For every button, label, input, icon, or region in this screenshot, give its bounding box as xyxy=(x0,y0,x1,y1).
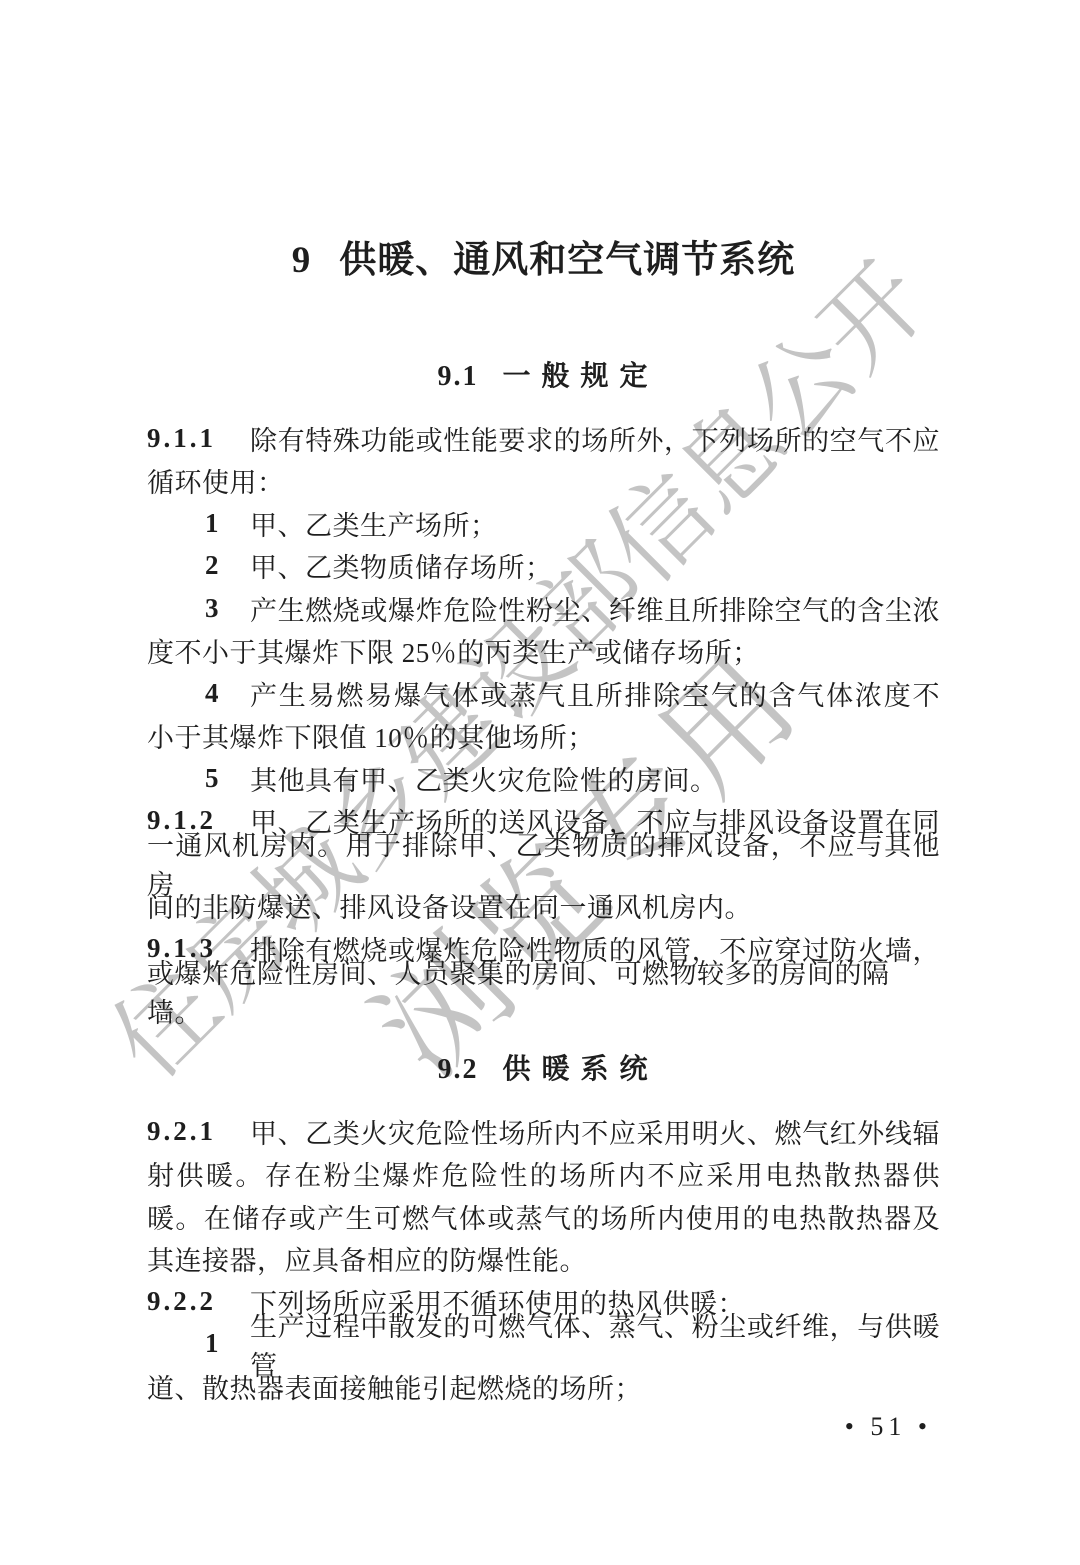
line-text: 或爆炸危险性房间、人员聚集的房间、可燃物较多的房间的隔墙。 xyxy=(147,952,940,1030)
text-line: 其连接器，应具备相应的防爆性能。 xyxy=(147,1238,940,1281)
page-content: 9供暖、通风和空气调节系统9.1一 般 规 定9.1.1除有特殊功能或性能要求的… xyxy=(147,0,940,1408)
line-text: 甲、乙类火灾危险性场所内不应采用明火、燃气红外线辐 xyxy=(250,1112,940,1151)
text-line: 小于其爆炸下限值 10％的其他场所； xyxy=(147,715,940,758)
line-text: 其他具有甲、乙类火灾危险性的房间。 xyxy=(250,759,940,798)
text-line: 1生产过程中散发的可燃气体、蒸气、粉尘或纤维，与供暖管 xyxy=(147,1323,940,1366)
text-line: 1甲、乙类生产场所； xyxy=(147,502,940,545)
line-text: 射供暖。存在粉尘爆炸危险性的场所内不应采用电热散热器供 xyxy=(147,1154,940,1193)
text-line: 4产生易燃易爆气体或蒸气且所排除空气的含气体浓度不 xyxy=(147,672,940,715)
section-heading: 9.2供 暖 系 统 xyxy=(147,1053,940,1087)
chapter-title: 9供暖、通风和空气调节系统 xyxy=(147,238,940,284)
clause-number: 9.1.1 xyxy=(147,423,250,454)
line-text: 除有特殊功能或性能要求的场所外，下列场所的空气不应 xyxy=(250,419,940,458)
text-line: 9.1.1除有特殊功能或性能要求的场所外，下列场所的空气不应 xyxy=(147,417,940,460)
text-line: 循环使用： xyxy=(147,460,940,503)
text-line: 间的非防爆送、排风设备设置在同一通风机房内。 xyxy=(147,885,940,928)
section-number: 9.2 xyxy=(437,1054,478,1085)
text-line: 9.2.1甲、乙类火灾危险性场所内不应采用明火、燃气红外线辐 xyxy=(147,1110,940,1153)
line-text: 小于其爆炸下限值 10％的其他场所； xyxy=(147,716,940,755)
list-item-number: 1 xyxy=(205,508,250,539)
text-line: 2甲、乙类物质储存场所； xyxy=(147,545,940,588)
list-item-number: 2 xyxy=(205,550,250,581)
chapter-number: 9 xyxy=(292,240,312,281)
text-line: 5其他具有甲、乙类火灾危险性的房间。 xyxy=(147,757,940,800)
list-item-number: 3 xyxy=(205,593,250,624)
section-title-text: 一 般 规 定 xyxy=(502,361,649,392)
page-number: • 51 • xyxy=(845,1412,932,1442)
line-text: 道、散热器表面接触能引起燃烧的场所； xyxy=(147,1367,940,1406)
line-text: 甲、乙类生产场所； xyxy=(250,504,940,543)
section-title-text: 供 暖 系 统 xyxy=(502,1054,649,1085)
line-text: 产生燃烧或爆炸危险性粉尘、纤维且所排除空气的含尘浓 xyxy=(250,589,940,628)
line-text: 度不小于其爆炸下限 25％的丙类生产或储存场所； xyxy=(147,631,940,670)
text-line: 射供暖。存在粉尘爆炸危险性的场所内不应采用电热散热器供 xyxy=(147,1153,940,1196)
document-page: 住房城乡建设部信息公开 浏览专用 9供暖、通风和空气调节系统9.1一 般 规 定… xyxy=(0,0,1080,1565)
line-text: 暖。在储存或产生可燃气体或蒸气的场所内使用的电热散热器及 xyxy=(147,1197,940,1236)
text-line: 一通风机房内。用于排除甲、乙类物质的排风设备，不应与其他房 xyxy=(147,842,940,885)
line-text: 甲、乙类物质储存场所； xyxy=(250,546,940,585)
list-item-number: 4 xyxy=(205,678,250,709)
line-text: 循环使用： xyxy=(147,461,940,500)
clause-number: 9.2.2 xyxy=(147,1286,250,1317)
chapter-title-text: 供暖、通风和空气调节系统 xyxy=(339,240,795,281)
section-heading: 9.1一 般 规 定 xyxy=(147,360,940,394)
text-line: 道、散热器表面接触能引起燃烧的场所； xyxy=(147,1365,940,1408)
text-line: 或爆炸危险性房间、人员聚集的房间、可燃物较多的房间的隔墙。 xyxy=(147,970,940,1013)
list-item-number: 1 xyxy=(205,1328,250,1359)
section-number: 9.1 xyxy=(437,361,478,392)
text-line: 度不小于其爆炸下限 25％的丙类生产或储存场所； xyxy=(147,630,940,673)
page-number-text: • 51 • xyxy=(845,1412,932,1441)
line-text: 其连接器，应具备相应的防爆性能。 xyxy=(147,1239,940,1278)
clause-number: 9.2.1 xyxy=(147,1116,250,1147)
text-line: 暖。在储存或产生可燃气体或蒸气的场所内使用的电热散热器及 xyxy=(147,1195,940,1238)
line-text: 产生易燃易爆气体或蒸气且所排除空气的含气体浓度不 xyxy=(250,674,940,713)
text-line: 3产生燃烧或爆炸危险性粉尘、纤维且所排除空气的含尘浓 xyxy=(147,587,940,630)
line-text: 间的非防爆送、排风设备设置在同一通风机房内。 xyxy=(147,886,940,925)
list-item-number: 5 xyxy=(205,763,250,794)
